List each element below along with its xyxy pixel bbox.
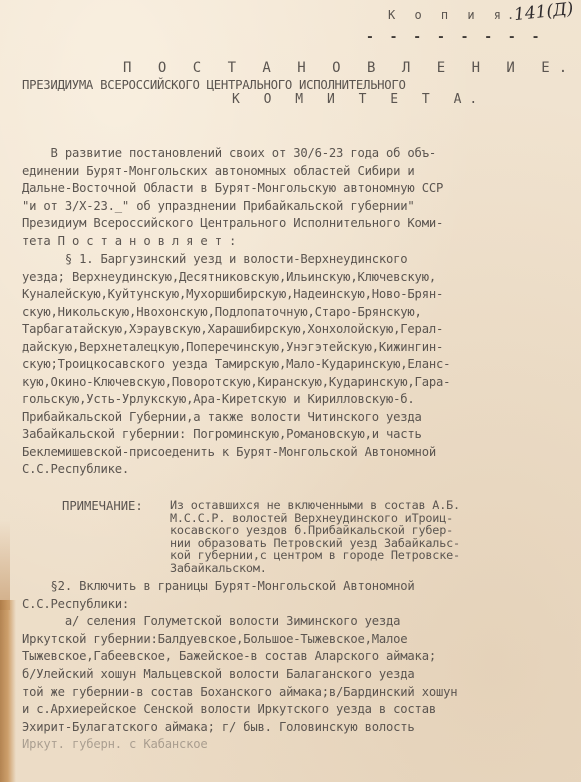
text-line: Тыжевское,Габеевское, Бажейское-в состав…: [22, 649, 436, 663]
text-line: б/Улейский хошун Мальцевской волости Бал…: [22, 667, 415, 681]
document-title: П О С Т А Н О В Л Е Н И Е.: [123, 60, 576, 76]
text-line: Забайкальской губернии: Погроминскую,Ром…: [22, 427, 422, 441]
copy-underline: - - - - - - - -: [366, 30, 543, 45]
text-line: Иркутской губернии:Балдуевское,Большое-Т…: [22, 632, 407, 646]
text-line: гольскую,Усть-Урлукскую,Ара-Киретскую и …: [22, 392, 415, 406]
text-line: Эхирит-Булагатского аймака; г/ быв. Голо…: [22, 720, 415, 734]
document-subtitle-continued: К О М И Т Е Т А.: [232, 92, 485, 107]
paper-background: [0, 0, 581, 782]
text-line: единении Бурят-Монгольских автономных об…: [22, 164, 415, 178]
text-line: Забайкальском.: [170, 562, 267, 575]
text-line: С.С.Республике.: [22, 462, 129, 476]
text-line: Иркут. губерн. с Кабанское: [22, 737, 208, 751]
paper-stain: [0, 600, 16, 782]
text-line: уезда; Верхнеудинскую,Десятниковскую,Иль…: [22, 270, 436, 284]
text-line: Из оставшихся не включенными в состав А.…: [170, 499, 460, 512]
text-line: Дальне-Восточной Области в Бурят-Монголь…: [22, 181, 443, 195]
text-line: кую,Окино-Ключевскую,Поворотскую,Киранск…: [22, 375, 450, 389]
document-subtitle: ПРЕЗИДИУМА ВСЕРОССИЙСКОГО ЦЕНТРАЛЬНОГО И…: [22, 78, 406, 92]
text-line: косавского уездов б.Прибайкальской губер…: [170, 524, 453, 537]
paper-stain: [0, 520, 10, 610]
text-line: Тарбагатайскую,Хэраувскую,Харашибирскую,…: [22, 322, 443, 336]
text-line: тета П о с т а н о в л я е т :: [22, 234, 236, 248]
text-line: §2. Включить в границы Бурят-Монгольской…: [22, 579, 415, 593]
text-line: а/ селения Голуметской волости Зиминског…: [22, 614, 400, 628]
text-line: скую,Никольскую,Нвохонскую,Подлопаточную…: [22, 305, 422, 319]
text-line: той же губернии-в состав Боханского айма…: [22, 685, 457, 699]
text-line: § 1. Баргузинский уезд и волости-Верхнеу…: [22, 252, 407, 266]
text-line: и с.Архиерейское Сенской волости Иркутск…: [22, 702, 436, 716]
text-line: Прибайкальской Губернии,а также волости …: [22, 410, 422, 424]
text-line: С.С.Республики:: [22, 597, 129, 611]
text-line: "и от 3/Х-23._" об упразднении Прибайкал…: [22, 199, 415, 213]
text-line: дайскую,Верхнеталецкую,Поперечинскую,Унэ…: [22, 340, 443, 354]
text-line: В развитие постановлений своих от 30/6-2…: [22, 146, 436, 160]
note-label: ПРИМЕЧАНИЕ:: [62, 499, 143, 513]
copy-mark: К о п и я.: [388, 8, 520, 22]
text-line: скую;Троицкосавского уезда Тамирскую,Мал…: [22, 357, 450, 371]
text-line: Беклемишевской-присоедeнить к Бурят-Монг…: [22, 445, 436, 459]
text-line: Президиум Всероссийского Центрального Ис…: [22, 216, 443, 230]
text-line: Куналейскую,Куйтунскую,Мухоршибирскую,На…: [22, 287, 443, 301]
